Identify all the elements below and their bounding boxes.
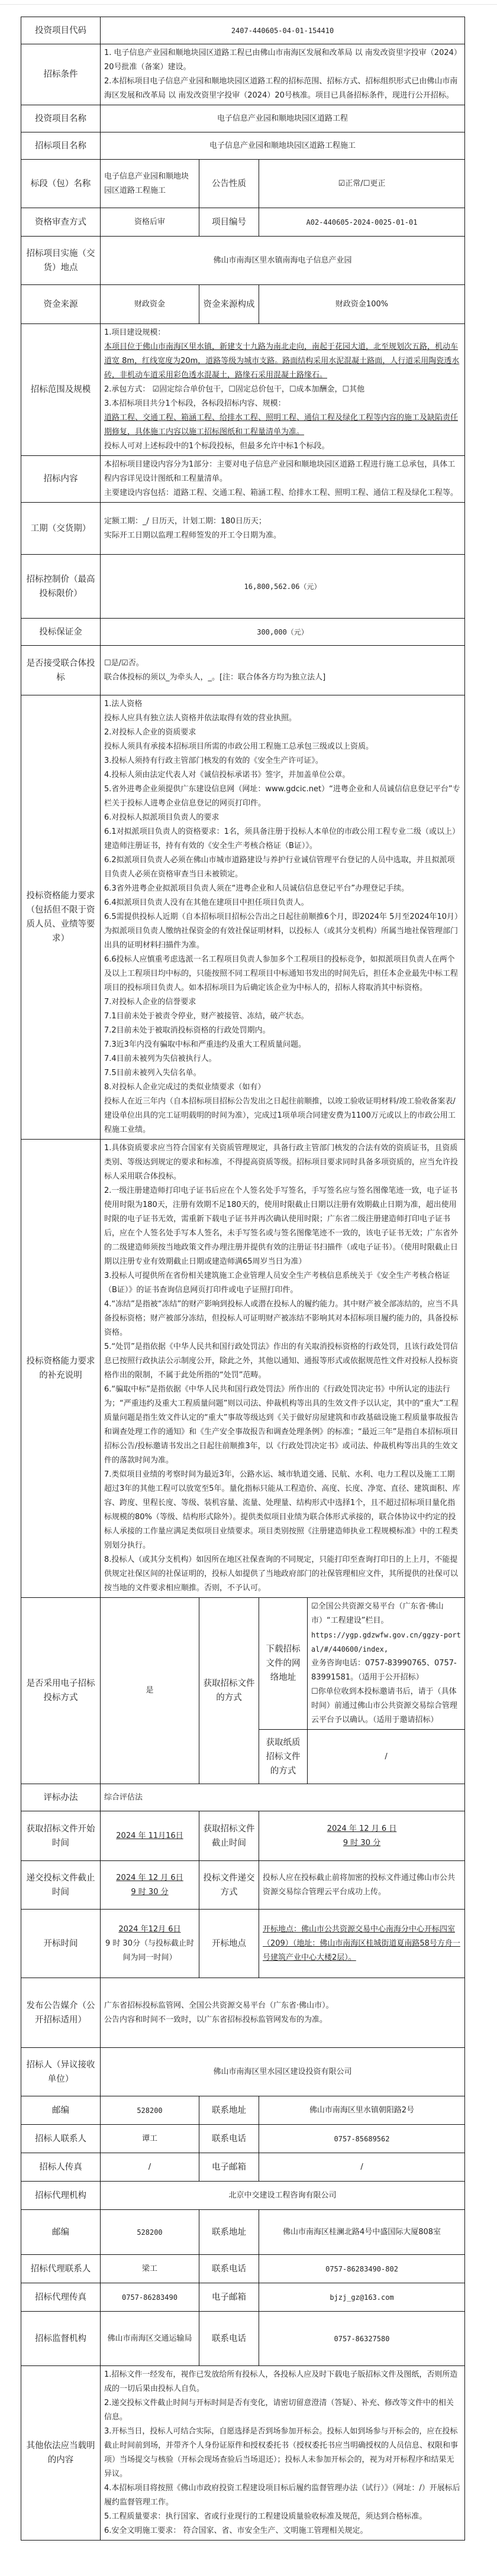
label: 是否采用电子招标投标方式: [21, 1598, 101, 1784]
row-submit: 递交投标文件截止时间 2024 年 12 月 6日 9 时 30 分 投标文件递…: [21, 1861, 465, 1910]
row-agency-post: 邮编 528200 联系地址 佛山市南海区桂澜北路4号中盛国际大厦808室: [21, 2210, 465, 2255]
label: 投资项目名称: [21, 105, 101, 132]
req-line: 7.5目前未被列入失信名单。: [104, 1066, 461, 1080]
download-url-link[interactable]: https://ygp.gdzwfw.gov.cn/ggzy-portal/#/…: [311, 1628, 461, 1656]
row-tenderer: 招标人（异议接收单位） 佛山市南海区里水园区建设投资有限公司: [21, 2048, 465, 2096]
supervisor-value: 佛山市南海区交通运输局: [101, 2312, 199, 2366]
opening-date: 2024 年12月 6日: [104, 1923, 195, 1937]
label: 招标控制价（最高投标限价）: [21, 555, 101, 619]
label: 获取招标文件截止时间: [199, 1811, 259, 1861]
supp-line: 8.投标人（或其分支机构）如因所在地区社保查询的不同规定，只能打印至查询打印日的…: [104, 1553, 461, 1596]
label: 招标人传真: [21, 2153, 101, 2182]
conditions-line: 2.本招标项目电子信息产业园和顺地块园区道路工程的招标范围、招标方式、招标组织形…: [104, 75, 461, 103]
row-media: 发布公告媒介（公开招标适用） 广东省招标投标监管网、全国公共资源交易平台（广东省…: [21, 1978, 465, 2048]
label: 资金来源: [21, 285, 101, 324]
doc-end-date: 2024 年 12 月 6 日: [263, 1822, 461, 1836]
label: 招标内容: [21, 456, 101, 503]
other-line: 1.招标文件一经发布，视作已发放给所有投标人，各投标人应及时下载电子版招标文件及…: [104, 2368, 461, 2396]
scope-line: 投标人可对上述标段中的1个标段投标，但最多允许中标1个标段。: [104, 439, 461, 454]
row-consortium: 是否接受联合体投标 ☐是/☑否。 联合体投标的须以_为牵头人，_。[注：联合体各…: [21, 646, 465, 695]
req-line: 6.1对拟派项目负责人的资格要求：1名，须具备注册于投标人本单位的市政公用工程专…: [104, 825, 461, 853]
row-funding: 资金来源 财政资金 资金来源构成 财政资金100%: [21, 285, 465, 324]
label: 工期（交货期）: [21, 503, 101, 555]
req-line: 7.4目前未被列为失信被执行人。: [104, 1052, 461, 1066]
requirements-value: 1.法人资格 投标人应具有独立法人资格并依法取得有效的营业执照。 2.对投标人企…: [101, 695, 465, 1140]
supp-line: 7.类似项目业绩的考察时间为最近3年，公路水运、城市轨道交通、民航、水利、电力工…: [104, 1468, 461, 1553]
label: 投资项目代码: [21, 17, 101, 44]
label: 招标监督机构: [21, 2312, 101, 2366]
conditions-line: 1. 电子信息产业园和顺地块园区道路工程已由佛山市南海区发展和改革局 以 南发改…: [104, 46, 461, 75]
label: 电子邮箱: [199, 2283, 259, 2312]
bond-value: 300,000（元）: [101, 619, 465, 646]
label: 下载招标文件的网络地址: [259, 1598, 308, 1730]
funding-structure-value: 财政资金100%: [259, 285, 465, 324]
tenderer-phone: 0757-85689562: [259, 2125, 465, 2153]
req-line: 1.法人资格: [104, 697, 461, 711]
row-conditions: 招标条件 1. 电子信息产业园和顺地块园区道路工程已由佛山市南海区发展和改革局 …: [21, 44, 465, 105]
label: 联系地址: [199, 2096, 259, 2125]
label: 开标地点: [199, 1910, 259, 1978]
duration-line: 定额工期：_/ 日历天，计划工期：180日历天；: [104, 514, 461, 529]
electronic-value: 是: [101, 1598, 199, 1784]
row-opening: 开标时间 2024 年12月 6日 9 时 30分（与投标截止时间为同一时间） …: [21, 1910, 465, 1978]
supp-line: 5.“处罚”是指依据《中华人民共和国行政处罚法》作出的有关取消投标资格的行政处罚…: [104, 1340, 461, 1383]
content-line: 主要建设内容包括：道路工程、交通工程、箱涵工程、给排水工程、照明工程、通信工程及…: [104, 486, 461, 500]
row-scope: 招标范围及规模 1.项目建设规模： 本项目位于佛山市南海区里水镇，新建支十九路为…: [21, 324, 465, 456]
label: 联系电话: [199, 2125, 259, 2153]
consult-phone: 业务咨询电话：0757-83990765、0757-83991581。（适用于公…: [311, 1656, 461, 1685]
agency-fax: 0757-86283490: [101, 2283, 199, 2312]
label: 招标代理联系人: [21, 2255, 101, 2283]
tenderer-fax: /: [101, 2153, 199, 2182]
online-download-value: ☑全国公共资源交易平台（广东省·佛山市）“工程建设”栏目。 https://yg…: [308, 1598, 465, 1730]
doc-start-value: 2024 年 11月16日: [101, 1811, 199, 1861]
label: 招标人（异议接收单位）: [21, 2048, 101, 2096]
submit-method-value: 投标人应在投标截止前将加密的投标文件通过佛山市公共资源交易综合管理云平台成功上传…: [259, 1861, 465, 1910]
row-agency: 招标代理机构 北京中交建设工程咨询有限公司: [21, 2182, 465, 2210]
opening-place-value: 开标地点：佛山市公共资源交易中心南海分中心开标四室（209）（地址：佛山市南海区…: [259, 1910, 465, 1978]
section-value: 电子信息产业园和顺地块园区道路工程施工: [101, 160, 199, 208]
media-line: 公告内容和时间不一致时，以广东省招标投标监管网发布的为准。: [104, 2013, 461, 2027]
tender-name-value: 电子信息产业园和顺地块园区道路工程施工: [101, 132, 465, 160]
other-line: 5.工程质量要求：执行国家、省或行业现行的工程建设质量验收标准及规范，须达到合格…: [104, 2510, 461, 2524]
submit-date: 2024 年 12 月 6日: [104, 1871, 195, 1885]
req-line: 7.对投标人企业的信誉要求: [104, 995, 461, 1009]
label: 获取招标文件的方式: [199, 1598, 259, 1784]
row-other: 其他依法应当载明的内容 1.招标文件一经发布，视作已发放给所有投标人，各投标人应…: [21, 2366, 465, 2541]
label: 邮编: [21, 2096, 101, 2125]
doc-end-value: 2024 年 12 月 6 日 9 时 30 分: [259, 1811, 465, 1861]
req-line: 6.4拟派项目负责人没有在其他在建项目中担任项目负责人。: [104, 896, 461, 910]
consortium-checkbox: ☐是/☑否。: [104, 656, 461, 671]
agency-email-link[interactable]: bjzj_gz@163.com: [259, 2283, 465, 2312]
row-tenderer-post: 邮编 528200 联系地址 佛山市南海区里水镇朝阳路2号: [21, 2096, 465, 2125]
other-value: 1.招标文件一经发布，视作已发放给所有投标人，各投标人应及时下载电子版招标文件及…: [101, 2366, 465, 2541]
tenderer-address: 佛山市南海区里水镇朝阳路2号: [259, 2096, 465, 2125]
label: 其他依法应当载明的内容: [21, 2366, 101, 2541]
doc-end-time: 9 时 30 分: [263, 1836, 461, 1850]
row-tenderer-fax: 招标人传真 / 电子邮箱 /: [21, 2153, 465, 2182]
supp-line: 2.一级注册建造师打印电子证书后应在个人签名处手写签名，手写签名应与签名图像笔迹…: [104, 1184, 461, 1269]
duration-line: 实际开工日期以监理工程师签发的开工令日期为准。: [104, 529, 461, 543]
control-price-value: 16,800,562.06（元）: [101, 555, 465, 619]
req-line: 6.3省外进粤企业拟派项目负责人须在“进粤企业和人员诚信信息登记平台”办理登记手…: [104, 882, 461, 896]
label: 评标办法: [21, 1784, 101, 1811]
label: 递交投标文件截止时间: [21, 1861, 101, 1910]
opening-time: 9 时 30分（与投标截止时间为同一时间）: [104, 1937, 195, 1965]
media-line: 广东省招标投标监管网、全国公共资源交易平台（广东省·佛山市）。: [104, 1999, 461, 2013]
req-line: 3.投标人须持有行政主管部门核发的有效的《安全生产许可证》。: [104, 754, 461, 768]
platform-checkbox: ☑全国公共资源交易平台（广东省·佛山市）“工程建设”栏目。: [311, 1600, 461, 1628]
supp-line: 4.“冻结”是指被“冻结”的财产影响到投标人或潜在投标人的履约能力。其中财产被全…: [104, 1297, 461, 1340]
row-requirements: 投标资格能力要求（包括但不限于资质人员、业绩等要求） 1.法人资格 投标人应具有…: [21, 695, 465, 1140]
agency-phone: 0757-86283490-802: [259, 2255, 465, 2283]
submit-deadline-value: 2024 年 12 月 6日 9 时 30 分: [101, 1861, 199, 1910]
media-value: 广东省招标投标监管网、全国公共资源交易平台（广东省·佛山市）。 公告内容和时间不…: [101, 1978, 465, 2048]
evaluation-value: 综合评估法: [101, 1784, 465, 1811]
label: 标段（包）名称: [21, 160, 101, 208]
label: 获取招标文件开始时间: [21, 1811, 101, 1861]
req-line: 6.5需提供投标人近期（自本招标项目招标公告出之日起往前顺推6个月，即2024年…: [104, 910, 461, 953]
label: 招标条件: [21, 44, 101, 105]
row-content: 招标内容 本招标项目建设内容分为1部分：主要对电子信息产业园和顺地块园区道路工程…: [21, 456, 465, 503]
row-tenderer-contact: 招标人联系人 谭工 联系电话 0757-85689562: [21, 2125, 465, 2153]
agency-postcode: 528200: [101, 2210, 199, 2255]
label: 招标项目名称: [21, 132, 101, 160]
row-bond: 投标保证金 300,000（元）: [21, 619, 465, 646]
row-qualification: 资格审查方式 资格后审 项目编号 A02-440605-2024-0025-01…: [21, 208, 465, 237]
req-line: 7.2目前未处于被取消投标资格的行政处罚期内。: [104, 1024, 461, 1038]
label: 项目编号: [199, 208, 259, 237]
label: 招标代理传真: [21, 2283, 101, 2312]
agency-address: 佛山市南海区桂澜北路4号中盛国际大厦808室: [259, 2210, 465, 2255]
opening-time-value: 2024 年12月 6日 9 时 30分（与投标截止时间为同一时间）: [101, 1910, 199, 1978]
req-line: 投标人应具有独立法人资格并依法取得有效的营业执照。: [104, 711, 461, 726]
other-line: 6.安全文明施工要求： 符合国家、省、市安全生产、文明施工管理相关规定。: [104, 2524, 461, 2538]
label: 联系电话: [199, 2312, 259, 2366]
notice-container: 投资项目代码 2407-440605-04-01-154410 招标条件 1. …: [0, 5, 497, 2576]
tender-notice-table: 投资项目代码 2407-440605-04-01-154410 招标条件 1. …: [21, 17, 465, 2541]
req-line: 2.对投标人企业的资质要求: [104, 726, 461, 740]
row-supervisor: 招标监督机构 佛山市南海区交通运输局 联系电话 0757-86327580: [21, 2312, 465, 2366]
row-agency-contact: 招标代理联系人 梁工 联系电话 0757-86283490-802: [21, 2255, 465, 2283]
label: 投标资格能力要求（包括但不限于资质人员、业绩等要求）: [21, 695, 101, 1140]
content-value: 本招标项目建设内容分为1部分：主要对电子信息产业园和顺地块园区道路工程进行施工总…: [101, 456, 465, 503]
supplement-value: 1.具体资质要求应当符合国家有关资质管理规定，具备行政主管部门核发的合法有效的资…: [101, 1140, 465, 1598]
conditions-value: 1. 电子信息产业园和顺地块园区道路工程已由佛山市南海区发展和改革局 以 南发改…: [101, 44, 465, 105]
supp-line: 3.投标人可提供所在省份相关建筑施工企业管理人员安全生产考核信息系统关于《安全生…: [104, 1269, 461, 1297]
invite-checkbox: ☐你单位收到本投标邀请书后，请于（具体时间）前通过佛山市公共资源交易综合管理云平…: [311, 1685, 461, 1727]
row-location: 招标项目实施（交货）地点 佛山市南海区里水镇南海电子信息产业园: [21, 237, 465, 285]
req-line: 8.对投标人企业完成过的类似业绩要求（如有）: [104, 1080, 461, 1095]
scope-line: 道路工程、交通工程、箱涵工程、给排水工程、照明工程、通信工程及绿化工程等内容的施…: [104, 411, 461, 439]
content-line: 本招标项目建设内容分为1部分：主要对电子信息产业园和顺地块园区道路工程进行施工总…: [104, 458, 461, 486]
submit-time: 9 时 30 分: [104, 1885, 195, 1899]
project-code-value: 2407-440605-04-01-154410: [101, 17, 465, 44]
other-line: 4.本招标项目将按照《佛山市政府投资工程建设项目标后履约监督管理办法（试行）》（…: [104, 2481, 461, 2510]
label: 投标文件递交方式: [199, 1861, 259, 1910]
row-investment-name: 投资项目名称 电子信息产业园和顺地块园区道路工程: [21, 105, 465, 132]
label: 开标时间: [21, 1910, 101, 1978]
agency-contact: 梁工: [101, 2255, 199, 2283]
row-project-code: 投资项目代码 2407-440605-04-01-154410: [21, 17, 465, 44]
label: 投标资格能力要求的补充说明: [21, 1140, 101, 1598]
funding-value: 财政资金: [101, 285, 199, 324]
label: 是否接受联合体投标: [21, 646, 101, 695]
row-duration: 工期（交货期） 定额工期：_/ 日历天，计划工期：180日历天； 实际开工日期以…: [21, 503, 465, 555]
paper-value: /: [308, 1730, 465, 1784]
label: 资格审查方式: [21, 208, 101, 237]
label: 电子邮箱: [199, 2153, 259, 2182]
req-line: 投标人在近三年内（自本招标项目招标公告发出之日起往前顺推，以竣工验收证明材料/竣…: [104, 1095, 461, 1137]
req-line: 6.6投标人应慎重考虑选派一名工程项目负责人参加多个工程项目的投标竞争，如拟派项…: [104, 953, 461, 995]
supervisor-phone: 0757-86327580: [259, 2312, 465, 2366]
label: 招标人联系人: [21, 2125, 101, 2153]
row-evaluation: 评标办法 综合评估法: [21, 1784, 465, 1811]
investment-name-value: 电子信息产业园和顺地块园区道路工程: [101, 105, 465, 132]
consortium-line: 联合体投标的须以_为牵头人，_。[注：联合体各方均为独立法人]: [104, 671, 461, 685]
duration-value: 定额工期：_/ 日历天，计划工期：180日历天； 实际开工日期以监理工程师签发的…: [101, 503, 465, 555]
req-line: 6.对投标人拟派项目负责人的要求: [104, 811, 461, 825]
label: 招标项目实施（交货）地点: [21, 237, 101, 285]
label: 招标范围及规模: [21, 324, 101, 456]
notice-nature-checkbox: ☑正常/☐更正: [259, 160, 465, 208]
label: 联系电话: [199, 2255, 259, 2283]
label: 联系地址: [199, 2210, 259, 2255]
label: 资金来源构成: [199, 285, 259, 324]
row-supplement: 投标资格能力要求的补充说明 1.具体资质要求应当符合国家有关资质管理规定，具备行…: [21, 1140, 465, 1598]
tenderer-email: /: [259, 2153, 465, 2182]
req-line: 7.3近3年内没有骗取中标和严重违约及重大工程质量问题。: [104, 1038, 461, 1052]
label: 发布公告媒介（公开招标适用）: [21, 1978, 101, 2048]
row-doc-time: 获取招标文件开始时间 2024 年 11月16日 获取招标文件截止时间 2024…: [21, 1811, 465, 1861]
row-tender-name: 招标项目名称 电子信息产业园和顺地块园区道路工程施工: [21, 132, 465, 160]
supp-line: 1.具体资质要求应当符合国家有关资质管理规定，具备行政主管部门核发的合法有效的资…: [104, 1141, 461, 1184]
label: 招标代理机构: [21, 2182, 101, 2210]
qualification-value: 资格后审: [101, 208, 199, 237]
other-line: 2.递交投标文件截止时间与开标时间是否有变化，请密切留意澄清（答疑）、补充、修改…: [104, 2396, 461, 2425]
tenderer-postcode: 528200: [101, 2096, 199, 2125]
contract-method-checkboxes: 2.承包方式： ☑固定综合单价包干，☐固定总价包干，☐成本加酬金，☐其他: [104, 383, 461, 397]
project-number-value: A02-440605-2024-0025-01-01: [259, 208, 465, 237]
label: 邮编: [21, 2210, 101, 2255]
req-line: 7.1目前未处于被责令停业，财产被接管、冻结，破产状态。: [104, 1009, 461, 1024]
supp-line: 6.“骗取中标”是指依据《中华人民共和国行政处罚法》所作出的《行政处罚决定书》中…: [104, 1383, 461, 1468]
tenderer-value: 佛山市南海区里水园区建设投资有限公司: [101, 2048, 465, 2096]
row-agency-fax: 招标代理传真 0757-86283490 电子邮箱 bjzj_gz@163.co…: [21, 2283, 465, 2312]
label: 获取纸质招标文件的方式: [259, 1730, 308, 1784]
scope-line: 1.项目建设规模：: [104, 326, 461, 340]
req-line: 4.投标人须由法定代表人对《诚信投标承诺书》签字，并加盖单位公章。: [104, 768, 461, 782]
other-line: 3.开标当日，投标人可结合实际，自愿选择是否到场参加开标会。投标人如到场参与开标…: [104, 2425, 461, 2481]
row-electronic: 是否采用电子招标投标方式 是 获取招标文件的方式 下载招标文件的网络地址 ☑全国…: [21, 1598, 465, 1730]
label: 投标保证金: [21, 619, 101, 646]
scope-line: 本项目位于佛山市南海区里水镇，新建支十九路为南北走向，南起于花园大道，北至规划次…: [104, 340, 461, 383]
scope-value: 1.项目建设规模： 本项目位于佛山市南海区里水镇，新建支十九路为南北走向，南起于…: [101, 324, 465, 456]
row-control-price: 招标控制价（最高投标限价） 16,800,562.06（元）: [21, 555, 465, 619]
agency-value: 北京中交建设工程咨询有限公司: [101, 2182, 465, 2210]
scope-line: 3.本招标项目共分1个标段，各标段招标内容、规模：: [104, 397, 461, 411]
req-line: 5.省外进粤企业须提供广东建设信息网（网址：www.gdcic.net）“进粤企…: [104, 782, 461, 811]
location-value: 佛山市南海区里水镇南海电子信息产业园: [101, 237, 465, 285]
tenderer-contact: 谭工: [101, 2125, 199, 2153]
req-line: 6.2拟派项目负责人必须在佛山市城市道路建设与养护行业诚信管理平台登记的人员中选…: [104, 853, 461, 882]
row-section: 标段（包）名称 电子信息产业园和顺地块园区道路工程施工 公告性质 ☑正常/☐更正: [21, 160, 465, 208]
label: 公告性质: [199, 160, 259, 208]
consortium-value: ☐是/☑否。 联合体投标的须以_为牵头人，_。[注：联合体各方均为独立法人]: [101, 646, 465, 695]
req-line: 投标人须具有承接本招标项目所需的市政公用工程施工总承包三级或以上资质。: [104, 740, 461, 754]
